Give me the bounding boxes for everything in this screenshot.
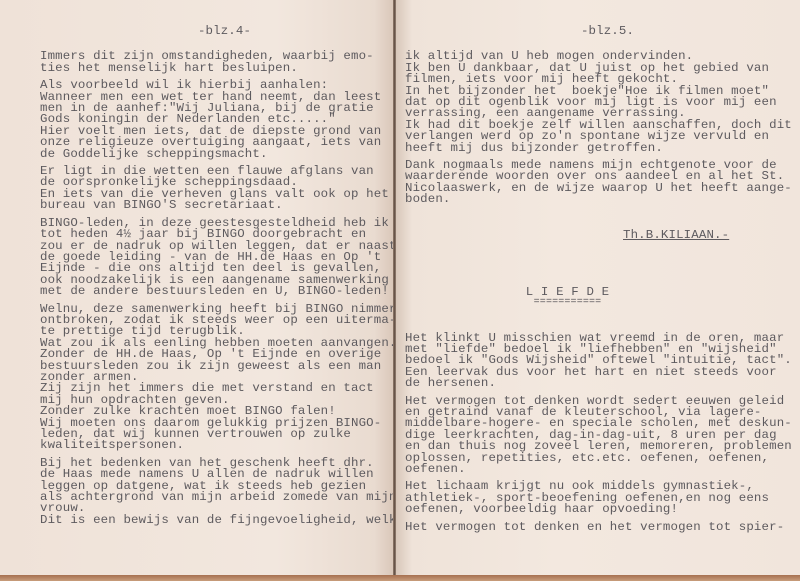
text-line: heeft mij dus bijzonder getroffen. — [405, 143, 780, 154]
paragraph: Bij het bedenken van het geschenk heeft … — [40, 458, 374, 526]
signature: Th.B.KILIAAN.- — [623, 230, 780, 241]
book-spread: -blz.4- Immers dit zijn omstandigheden, … — [0, 0, 800, 576]
paragraph: Het vermogen tot denken en het vermogen … — [405, 522, 780, 533]
text-line: Het vermogen tot denken en het vermogen … — [405, 522, 780, 533]
section-body: Het klinkt U misschien wat vreemd in de … — [405, 333, 780, 534]
paragraph: Het lichaam krijgt nu ook middels gymnas… — [405, 481, 780, 515]
text-line: oefenen. — [405, 464, 780, 475]
page-right: -blz.5. ik altijd van U heb mogen onderv… — [394, 0, 800, 576]
paragraph: BINGO-leden, in deze geestesgesteldheid … — [40, 218, 374, 298]
text-line: bureau van BINGO'S secretariaat. — [40, 200, 374, 211]
text-line: de hersenen. — [405, 378, 780, 389]
page-left: -blz.4- Immers dit zijn omstandigheden, … — [0, 0, 394, 576]
page-body: ik altijd van U heb mogen ondervinden.Ik… — [405, 51, 780, 205]
text-line: kwaliteitspersonen. — [40, 440, 374, 451]
paragraph: Er ligt in die wetten een flauwe afglans… — [40, 166, 374, 212]
paragraph: Immers dit zijn omstandigheden, waarbij … — [40, 51, 374, 74]
section-underline: =========== — [405, 299, 780, 307]
page-number: -blz.4- — [40, 26, 374, 37]
text-line: Nicolaaswerk, en de wijze waarop U het h… — [405, 183, 780, 194]
paragraph: Als voorbeeld wil ik hierbij aanhalen:Wa… — [40, 80, 374, 160]
paragraph: Welnu, deze samenwerking heeft bij BINGO… — [40, 304, 374, 452]
page-body: Immers dit zijn omstandigheden, waarbij … — [40, 51, 374, 526]
book-gutter — [393, 0, 396, 576]
page-number: -blz.5. — [405, 26, 780, 37]
paragraph: Het vermogen tot denken wordt sedert eeu… — [405, 396, 780, 476]
paragraph: Het klinkt U misschien wat vreemd in de … — [405, 333, 780, 390]
text-line: de Goddelijke scheppingsmacht. — [40, 149, 374, 160]
text-line: ties het menselijk hart besluipen. — [40, 63, 374, 74]
paragraph: ik altijd van U heb mogen ondervinden.Ik… — [405, 51, 780, 154]
text-line: oefenen, voorbeeldig haar opvoeding! — [405, 504, 780, 515]
text-line: als achtergrond van mijn arbeid zomede v… — [40, 492, 374, 503]
page-bottom-edge — [0, 575, 800, 581]
text-line: met de andere bestuursleden en U, BINGO-… — [40, 286, 374, 297]
text-line: boden. — [405, 194, 780, 205]
paragraph: Dank nogmaals mede namens mijn echtgenot… — [405, 160, 780, 206]
text-line: Dit is een bewijs van de fijngevoelighei… — [40, 515, 374, 526]
